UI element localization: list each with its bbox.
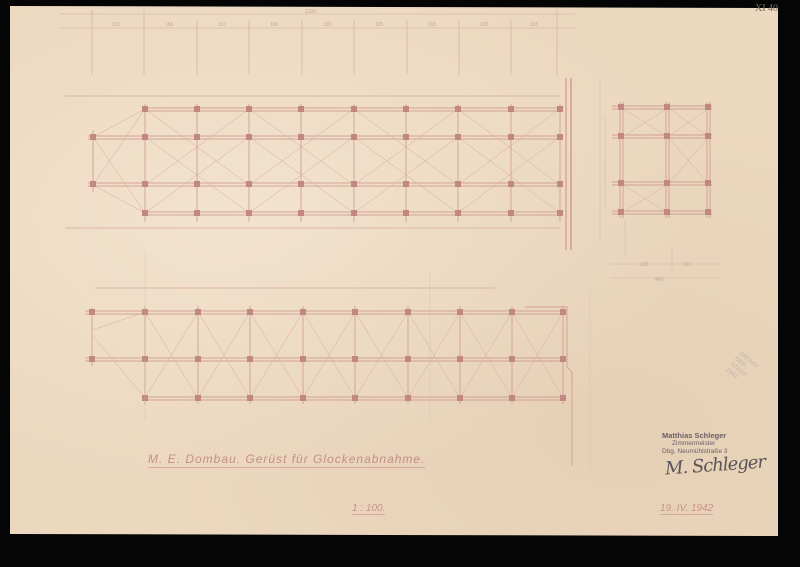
- svg-text:167: 167: [218, 22, 227, 28]
- drawing-title: M. E. Dombau. Gerüst für Glockenabnahme.: [148, 452, 425, 468]
- stamp-title: Zimmermeister: [662, 440, 772, 448]
- sheet-number: XI 40: [755, 3, 778, 14]
- svg-text:165: 165: [480, 22, 489, 28]
- svg-text:165: 165: [428, 22, 437, 28]
- svg-text:190: 190: [683, 262, 692, 268]
- svg-text:165: 165: [530, 22, 539, 28]
- svg-text:190: 190: [640, 262, 649, 268]
- svg-text:460: 460: [655, 277, 664, 283]
- scaffold-drawing: 131166167 166165165 165165165 2100: [0, 0, 800, 567]
- svg-text:165: 165: [323, 22, 332, 28]
- stamp-name: Matthias Schleger: [662, 432, 772, 440]
- date-label: 19. IV. 1942: [660, 503, 713, 515]
- svg-text:165: 165: [375, 22, 384, 28]
- svg-text:166: 166: [165, 22, 174, 28]
- scale-label: 1 : 100.: [352, 503, 385, 515]
- svg-text:166: 166: [270, 22, 279, 28]
- svg-text:2100: 2100: [305, 9, 316, 15]
- svg-text:131: 131: [112, 22, 121, 28]
